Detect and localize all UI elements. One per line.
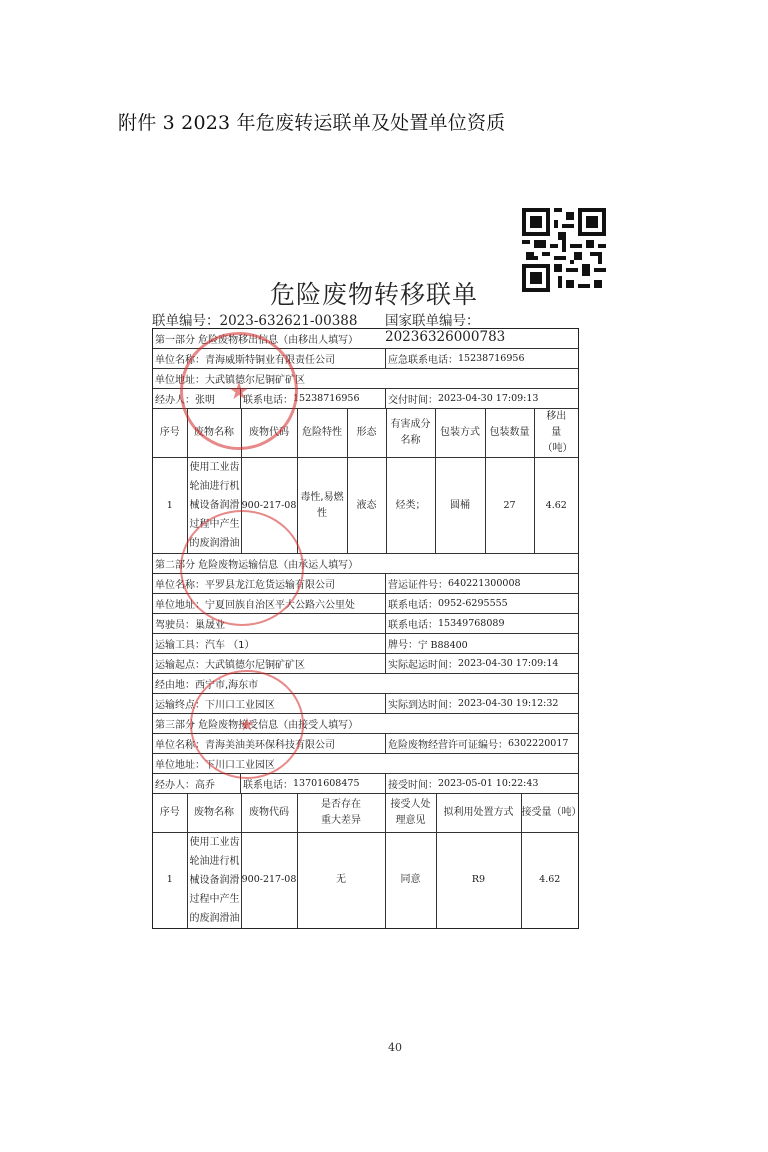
part1-delivery-time: 交付时间：2023-04-30 17:09:13 [385, 389, 578, 408]
value: 2023-04-30 19:12:32 [458, 698, 558, 709]
qr-code-icon [522, 208, 606, 292]
label: 运输终点： [155, 696, 205, 711]
part2-depart-time: 实际起运时间：2023-04-30 17:09:14 [385, 654, 578, 673]
part3-phone: 联系电话：13701608475 [240, 774, 385, 793]
value: 青海威斯特铜业有限责任公司 [205, 351, 335, 366]
part1-waste-table: 序号 废物名称 废物代码 危险特性 形态 有害成分名称 包装方式 包装数量 移出… [153, 409, 578, 554]
label: 单位地址： [155, 371, 205, 386]
page-heading: 附件 3 2023 年危废转运联单及处置单位资质 [118, 108, 505, 135]
header-cell: 拟利用处置方式 [436, 794, 521, 832]
waste-name-line: 使用工业齿 [190, 458, 241, 477]
seq-cell: 1 [153, 832, 187, 928]
part2-address-row: 单位地址：宁夏回族自治区平大公路六公里处 联系电话：0952-6295555 [153, 594, 578, 614]
value: 下川口工业园区 [205, 696, 275, 711]
header-cell: 序号 [153, 409, 187, 458]
amount-cell: 4.62 [534, 458, 578, 554]
header-cell: 废物名称 [187, 794, 241, 832]
waste-name-line: 轮油进行机 [190, 477, 241, 496]
header-cell: 移出量（吨） [534, 409, 578, 458]
label: 联系电话： [243, 391, 293, 406]
value: 大武镇德尔尼铜矿矿区 [205, 656, 305, 671]
label: 运输起点： [155, 656, 205, 671]
discrepancy-cell: 无 [297, 832, 385, 928]
part2-vehicle: 运输工具：汽车 （1） [153, 634, 385, 653]
page-number: 40 [388, 1041, 402, 1054]
waste-name-line: 械设备润滑 [190, 496, 241, 515]
waste-name-line: 的废润滑油 [190, 534, 241, 553]
waste-name-cell: 使用工业齿 轮油进行机 械设备润滑 过程中产生 的废润滑油 [187, 832, 241, 928]
label: 实际到达时间： [388, 696, 458, 711]
part3-handler: 经办人：高乔 [153, 774, 240, 793]
value: 大武镇德尔尼铜矿矿区 [205, 371, 305, 386]
part3-unit-name: 单位名称：青海美油美环保科技有限公司 [153, 734, 385, 753]
header-cell: 包装数量 [485, 409, 534, 458]
manifest-number-label: 联单编号： [152, 313, 220, 329]
part1-phone: 联系电话：15238716956 [240, 389, 385, 408]
part2-unit-row: 单位名称：平罗县龙江危货运输有限公司 营运证件号：640221300008 [153, 574, 578, 594]
part1-unit-name: 单位名称：青海威斯特铜业有限责任公司 [153, 349, 385, 368]
value: 张明 [195, 391, 215, 406]
value: 宁夏回族自治区平大公路六公里处 [205, 596, 355, 611]
part3-unit-row: 单位名称：青海美油美环保科技有限公司 危险废物经营许可证编号：630222001… [153, 734, 578, 754]
value: 汽车 （1） [205, 636, 255, 651]
part2-destination: 运输终点：下川口工业园区 [153, 694, 385, 713]
value: 6302220017 [508, 738, 568, 749]
label: 单位名称： [155, 736, 205, 751]
part2-vehicle-row: 运输工具：汽车 （1） 牌号：宁 B88400 [153, 634, 578, 654]
label: 联系电话： [243, 776, 293, 791]
component-cell: 烃类； [386, 458, 435, 554]
part2-driver-phone: 联系电话：15349768089 [385, 614, 578, 633]
value: 平罗县龙江危货运输有限公司 [205, 576, 335, 591]
part1-table-header: 序号 废物名称 废物代码 危险特性 形态 有害成分名称 包装方式 包装数量 移出… [153, 409, 578, 458]
header-cell: 有害成分名称 [386, 409, 435, 458]
header-cell: 废物代码 [241, 794, 297, 832]
transfer-manifest-form: 第一部分 危险废物移出信息（由移出人填写） 单位名称：青海威斯特铜业有限责任公司… [152, 328, 579, 929]
waste-name-line: 械设备润滑 [190, 871, 241, 890]
label: 牌号： [388, 636, 418, 651]
label: 经办人： [155, 776, 195, 791]
amount-cell: 4.62 [521, 832, 578, 928]
value: 高乔 [195, 776, 215, 791]
part2-via-row: 经由地：西宁市,海东市 [153, 674, 578, 694]
manifest-number: 联单编号：2023-632621-00388 [152, 309, 357, 329]
part3-address-row: 单位地址：下川口工业园区 [153, 754, 578, 774]
header-cell: 废物名称 [187, 409, 241, 458]
part2-arrive-time: 实际到达时间：2023-04-30 19:12:32 [385, 694, 578, 713]
waste-code-cell: 900-217-08 [241, 832, 297, 928]
waste-code-cell: 900-217-08 [241, 458, 297, 554]
header-cell: 形态 [347, 409, 386, 458]
waste-name-line: 的废润滑油 [190, 909, 241, 928]
part3-receive-time: 接受时间：2023-05-01 10:22:43 [385, 774, 578, 793]
part2-unit-name: 单位名称：平罗县龙江危货运输有限公司 [153, 574, 385, 593]
part3-title: 第三部分 危险废物接受信息（由接受人填写） [153, 714, 578, 733]
part1-handler: 经办人：张明 [153, 389, 240, 408]
part2-destination-row: 运输终点：下川口工业园区 实际到达时间：2023-04-30 19:12:32 [153, 694, 578, 714]
label: 应急联系电话： [388, 351, 458, 366]
waste-name-line: 使用工业齿 [190, 833, 241, 852]
part2-title: 第二部分 危险废物运输信息（由承运人填写） [153, 554, 578, 573]
label: 单位地址： [155, 596, 205, 611]
label: 运输工具： [155, 636, 205, 651]
label: 危险废物经营许可证编号： [388, 736, 508, 751]
label: 单位名称： [155, 351, 205, 366]
part2-phone: 联系电话：0952-6295555 [385, 594, 578, 613]
part1-emergency-phone: 应急联系电话：15238716956 [385, 349, 578, 368]
value: 2023-05-01 10:22:43 [438, 778, 538, 789]
waste-name-line: 过程中产生 [190, 890, 241, 909]
value: 巢晟业 [195, 616, 225, 631]
header-cell: 序号 [153, 794, 187, 832]
part1-unit-row: 单位名称：青海威斯特铜业有限责任公司 应急联系电话：15238716956 [153, 349, 578, 369]
label: 经办人： [155, 391, 195, 406]
part2-address: 单位地址：宁夏回族自治区平大公路六公里处 [153, 594, 385, 613]
part3-title-row: 第三部分 危险废物接受信息（由接受人填写） [153, 714, 578, 734]
value: 15238716956 [458, 353, 525, 364]
value: 宁 B88400 [418, 637, 468, 651]
label: 驾驶员： [155, 616, 195, 631]
label: 实际起运时间： [388, 656, 458, 671]
table-row: 1 使用工业齿 轮油进行机 械设备润滑 过程中产生 的废润滑油 900-217-… [153, 458, 578, 554]
part3-table-header: 序号 废物名称 废物代码 是否存在重大差异 接受人处理意见 拟利用处置方式 接受… [153, 794, 578, 832]
label: 联系电话： [388, 596, 438, 611]
header-cell: 包装方式 [435, 409, 485, 458]
value: 西宁市,海东市 [195, 676, 258, 691]
part3-handler-row: 经办人：高乔 联系电话：13701608475 接受时间：2023-05-01 … [153, 774, 578, 794]
value: 青海美油美环保科技有限公司 [205, 736, 335, 751]
waste-name-line: 轮油进行机 [190, 852, 241, 871]
value: 13701608475 [293, 778, 360, 789]
form-cell: 液态 [347, 458, 386, 554]
part2-license: 营运证件号：640221300008 [385, 574, 578, 593]
part2-title-row: 第二部分 危险废物运输信息（由承运人填写） [153, 554, 578, 574]
label: 营运证件号： [388, 576, 448, 591]
header-cell: 接受量（吨） [521, 794, 578, 832]
label: 交付时间： [388, 391, 438, 406]
part1-title-row: 第一部分 危险废物移出信息（由移出人填写） [153, 329, 578, 349]
part2-origin-row: 运输起点：大武镇德尔尼铜矿矿区 实际起运时间：2023-04-30 17:09:… [153, 654, 578, 674]
part2-origin: 运输起点：大武镇德尔尼铜矿矿区 [153, 654, 385, 673]
value: 0952-6295555 [438, 598, 508, 609]
label: 经由地： [155, 676, 195, 691]
part1-title: 第一部分 危险废物移出信息（由移出人填写） [153, 329, 578, 348]
label: 单位名称： [155, 576, 205, 591]
manifest-number-value: 2023-632621-00388 [220, 313, 358, 329]
part3-permit: 危险废物经营许可证编号：6302220017 [385, 734, 578, 753]
header-cell: 接受人处理意见 [385, 794, 436, 832]
part2-plate: 牌号：宁 B88400 [385, 634, 578, 653]
national-number-label: 国家联单编号： [385, 313, 480, 329]
value: 2023-04-30 17:09:13 [438, 393, 538, 404]
method-cell: R9 [436, 832, 521, 928]
waste-name-line: 过程中产生 [190, 515, 241, 534]
value: 15238716956 [293, 393, 360, 404]
part3-waste-table: 序号 废物名称 废物代码 是否存在重大差异 接受人处理意见 拟利用处置方式 接受… [153, 794, 578, 928]
waste-name-cell: 使用工业齿 轮油进行机 械设备润滑 过程中产生 的废润滑油 [187, 458, 241, 554]
part2-driver: 驾驶员：巢晟业 [153, 614, 385, 633]
header-cell: 是否存在重大差异 [297, 794, 385, 832]
form-title: 危险废物转移联单 [270, 275, 478, 311]
value: 2023-04-30 17:09:14 [458, 658, 558, 669]
part2-via: 经由地：西宁市,海东市 [153, 674, 578, 693]
label: 接受时间： [388, 776, 438, 791]
opinion-cell: 同意 [385, 832, 436, 928]
part1-address: 单位地址：大武镇德尔尼铜矿矿区 [153, 369, 578, 388]
value: 640221300008 [448, 578, 521, 589]
part1-address-row: 单位地址：大武镇德尔尼铜矿矿区 [153, 369, 578, 389]
seq-cell: 1 [153, 458, 187, 554]
value: 15349768089 [438, 618, 505, 629]
package-count-cell: 27 [485, 458, 534, 554]
packaging-cell: 圆桶 [435, 458, 485, 554]
value: 下川口工业园区 [205, 756, 275, 771]
table-row: 1 使用工业齿 轮油进行机 械设备润滑 过程中产生 的废润滑油 900-217-… [153, 832, 578, 928]
header-cell: 废物代码 [241, 409, 297, 458]
hazard-cell: 毒性,易燃性 [297, 458, 347, 554]
part2-driver-row: 驾驶员：巢晟业 联系电话：15349768089 [153, 614, 578, 634]
label: 联系电话： [388, 616, 438, 631]
part3-address: 单位地址：下川口工业园区 [153, 754, 578, 773]
part1-handler-row: 经办人：张明 联系电话：15238716956 交付时间：2023-04-30 … [153, 389, 578, 409]
header-cell: 危险特性 [297, 409, 347, 458]
label: 单位地址： [155, 756, 205, 771]
